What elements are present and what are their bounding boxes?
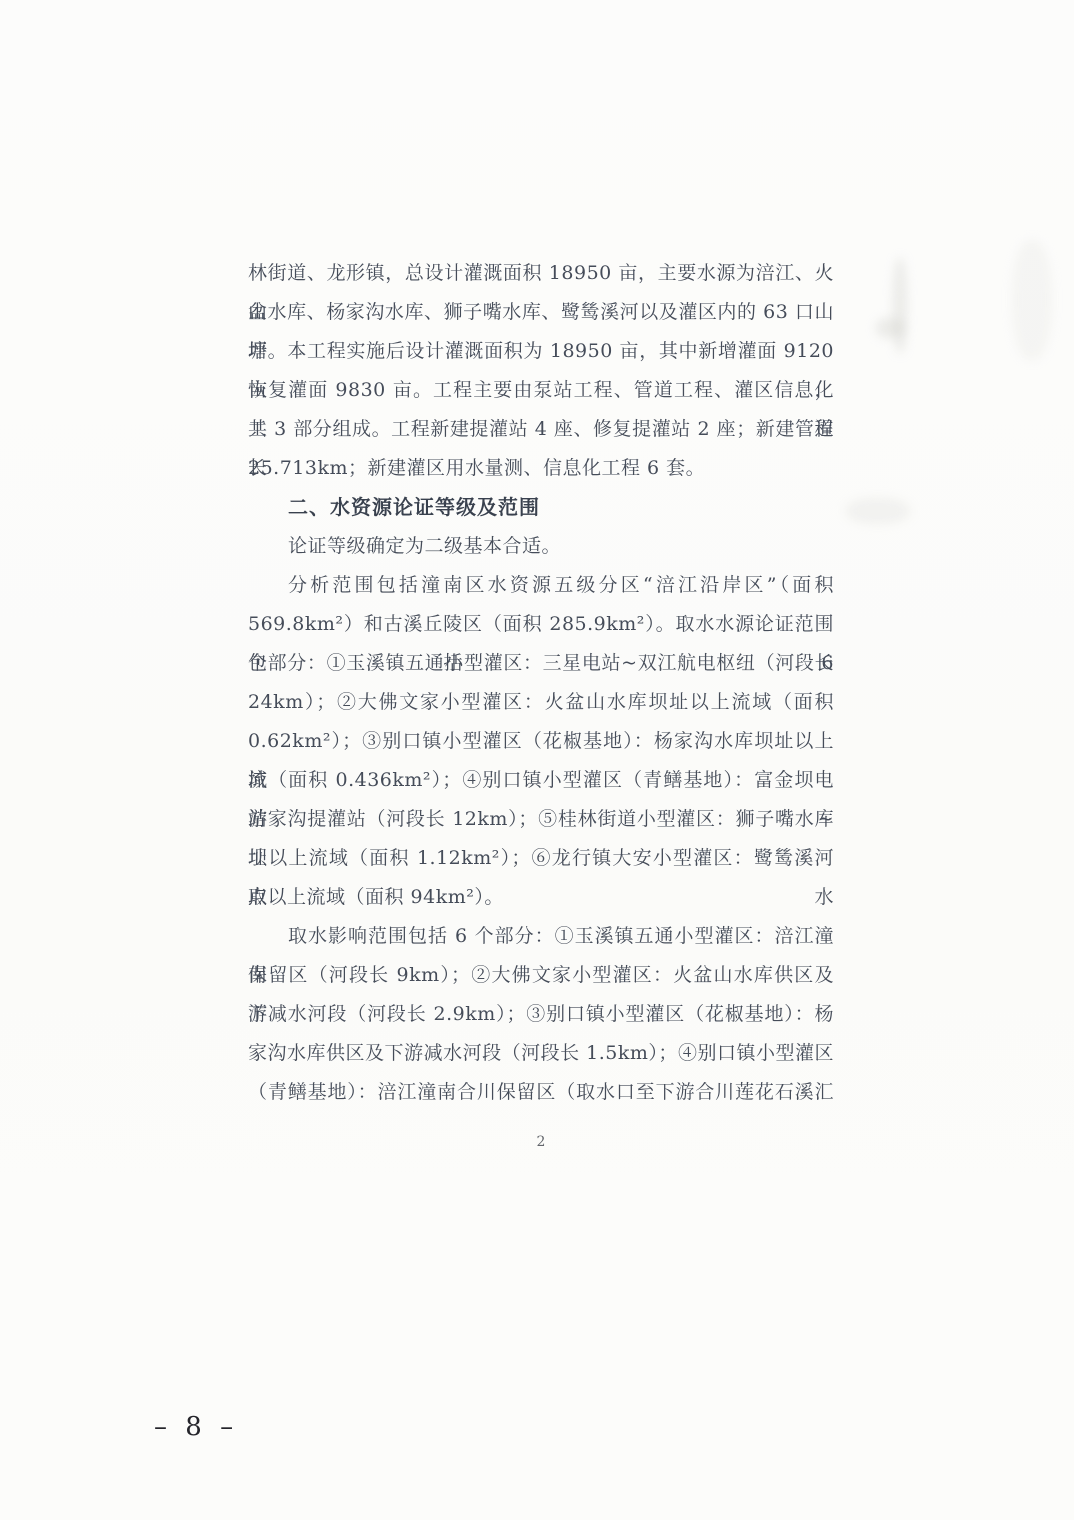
outer-page-number: – 8 –	[154, 1412, 238, 1442]
section-heading: 二、水资源论证等级及范围	[248, 488, 834, 527]
text-line: 塘。本工程实施后设计灌溉面积为 18950 亩，其中新增灌面 9120 亩，	[248, 332, 834, 371]
text-line: 共 3 部分组成。工程新建提灌站 4 座、修复提灌站 2 座；新建管道长	[248, 410, 834, 449]
text-line: （青鳝基地）：涪江潼南合川保留区（取水口至下游合川莲花石溪汇	[248, 1073, 834, 1112]
text-line: 游家沟提灌站（河段长 12km）；⑤桂林街道小型灌区：狮子嘴水库坝	[248, 800, 834, 839]
text-line: 个部分：①玉溪镇五通小型灌区：三星电站~双江航电枢纽（河段长	[248, 644, 834, 683]
text-line: 25.713km；新建灌区用水量测、信息化工程 6 套。	[248, 449, 834, 488]
text-line: 24km）；②大佛文家小型灌区：火盆山水库坝址以上流域（面积	[248, 683, 834, 722]
text-line: 论证等级确定为二级基本合适。	[248, 527, 834, 566]
text-line: 家沟水库供区及下游减水河段（河段长 1.5km）；④别口镇小型灌区	[248, 1034, 834, 1073]
scan-artifact	[846, 498, 910, 524]
document-page: 林街道、龙形镇，总设计灌溉面积 18950 亩，主要水源为涪江、火盆山水库、杨家…	[0, 0, 1074, 1520]
text-line: 林街道、龙形镇，总设计灌溉面积 18950 亩，主要水源为涪江、火盆	[248, 254, 834, 293]
text-line: 分析范围包括潼南区水资源五级分区“涪江沿岸区”（面积	[248, 566, 834, 605]
scan-artifact	[893, 258, 907, 353]
scan-artifact	[876, 318, 904, 338]
text-line: 取水影响范围包括 6 个部分：①玉溪镇五通小型灌区：涪江潼南	[248, 917, 834, 956]
text-line: 569.8km²）和古溪丘陵区（面积 285.9km²）。取水水源论证范围包括 …	[248, 605, 834, 644]
inner-page-number: 2	[248, 1134, 834, 1150]
document-body: 林街道、龙形镇，总设计灌溉面积 18950 亩，主要水源为涪江、火盆山水库、杨家…	[248, 254, 834, 1112]
text-line: 游减水河段（河段长 2.9km）；③别口镇小型灌区（花椒基地）：杨	[248, 995, 834, 1034]
text-line: 址以上流域（面积 1.12km²）；⑥龙行镇大安小型灌区：鹭鸶溪河取水	[248, 839, 834, 878]
text-line: 山水库、杨家沟水库、狮子嘴水库、鹭鸶溪河以及灌区内的 63 口山坪	[248, 293, 834, 332]
text-line: 域（面积 0.436km²）；④别口镇小型灌区（青鳝基地）：富金坝电站~	[248, 761, 834, 800]
text-line: 恢复灌面 9830 亩。工程主要由泵站工程、管道工程、灌区信息化工程	[248, 371, 834, 410]
text-line: 0.62km²）；③别口镇小型灌区（花椒基地）：杨家沟水库坝址以上流	[248, 722, 834, 761]
text-line: 保留区（河段长 9km）；②大佛文家小型灌区：火盆山水库供区及下	[248, 956, 834, 995]
scan-artifact	[1012, 240, 1052, 360]
